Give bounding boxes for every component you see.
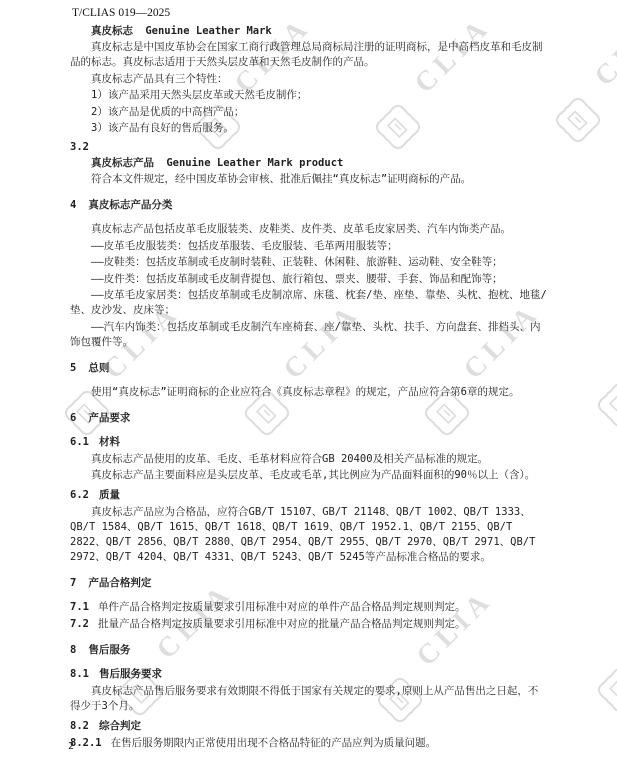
term-heading: 真皮标志 Genuine Leather Mark: [70, 24, 548, 39]
leather-hide-logo-icon: [586, 371, 617, 439]
subsection-number: 8.2: [70, 720, 89, 732]
term-heading: 真皮标志产品 Genuine Leather Mark product: [70, 156, 548, 171]
paragraph: 真皮标志产品主要面料应是头层皮革、毛皮或毛革,其比例应为产品面料面积的90％以上…: [70, 468, 548, 483]
paragraph: 使用“真皮标志”证明商标的企业应符合《真皮标志章程》的规定，产品应符合第6章的规…: [70, 385, 548, 400]
term-name-zh: 真皮标志产品: [91, 157, 154, 169]
watermark-text: CLIA: [594, 9, 617, 86]
clause-number: 8.2.1: [70, 737, 102, 749]
section-heading: 6产品要求: [70, 411, 548, 426]
term-definition-paragraph: 真皮标志是中国皮革协会在国家工商行政管理总局商标局注册的证明商标，是中高档皮革和…: [70, 40, 548, 70]
subsection-title: 质量: [99, 489, 120, 501]
term-name-en: Genuine Leather Mark product: [166, 157, 343, 169]
clause-number: 3.2: [70, 140, 548, 155]
clause-text: 在售后服务期限内正常使用出现不合格品特征的产品应判为质量问题。: [111, 737, 437, 749]
paragraph: 真皮标志产品使用的皮革、毛皮、毛革材料应符合GB 20400及相关产品标准的规定…: [70, 452, 548, 467]
term-name-en: Genuine Leather Mark: [145, 25, 271, 37]
subsection-title: 售后服务要求: [99, 668, 162, 680]
section-title: 真皮标志产品分类: [88, 199, 172, 211]
term-name-zh: 真皮标志: [91, 25, 133, 37]
subsection-number: 6.1: [70, 436, 89, 448]
subsection-heading: 6.2质量: [70, 488, 548, 503]
term-definition-paragraph: 符合本文件规定，经中国皮革协会审核、批准后佩挂“真皮标志”证明商标的产品。: [70, 172, 548, 187]
feature-item: 2）该产品是优质的中高档产品；: [70, 105, 548, 120]
dash-list-item: ——皮鞋类：包括皮革制或毛皮制时装鞋、正装鞋、休闲鞋、旅游鞋、运动鞋、安全鞋等；: [70, 255, 548, 270]
section-heading: 5总则: [70, 361, 548, 376]
leather-hide-logo-icon: [586, 656, 617, 724]
dash-list-item: ——汽车内饰类：包括皮革制或毛皮制汽车座椅套、座/靠垫、头枕、扶手、方向盘套、排…: [70, 320, 548, 350]
subsection-heading: 8.2综合判定: [70, 719, 548, 734]
document-page: CLIA CLIA CLIA CLIA CLIA CLIA CLIA CLIA: [0, 0, 617, 760]
section-heading: 4真皮标志产品分类: [70, 198, 548, 213]
clause-number: 7.1: [70, 601, 89, 613]
subsection-title: 材料: [99, 436, 120, 448]
section-number: 8: [70, 644, 76, 656]
feature-item: 3）该产品有良好的售后服务。: [70, 121, 548, 136]
page-number: 2: [68, 739, 74, 754]
leather-hide-logo-icon: [544, 86, 612, 154]
section-number: 5: [70, 362, 76, 374]
dash-list-item: ——皮革毛皮家居类：包括皮革制或毛皮制凉席、床毯、枕套/垫、座垫、靠垫、头枕、抱…: [70, 288, 548, 318]
section-number: 6: [70, 412, 76, 424]
paragraph: 真皮标志产品售后服务要求有效期限不得低于国家有关规定的要求,原则上从产品售出之日…: [70, 684, 548, 714]
paragraph: 真皮标志产品包括皮革毛皮服装类、皮鞋类、皮件类、皮革毛皮家居类、汽车内饰类产品。: [70, 222, 548, 237]
dash-list-item: ——皮件类：包括皮革制或毛皮制背提包、旅行箱包、票夹、腰带、手套、饰品和配饰等；: [70, 272, 548, 287]
section-number: 7: [70, 577, 76, 589]
section-title: 总则: [88, 362, 109, 374]
clause-number: 7.2: [70, 618, 89, 630]
numbered-clause: 7.2批量产品合格判定按质量要求引用标准中对应的批量产品合格品判定规则判定。: [70, 617, 548, 632]
section-title: 售后服务: [88, 644, 130, 656]
subsection-heading: 6.1材料: [70, 435, 548, 450]
subsection-number: 8.1: [70, 668, 89, 680]
section-title: 产品要求: [88, 412, 130, 424]
document-body: 真皮标志 Genuine Leather Mark 真皮标志是中国皮革协会在国家…: [70, 24, 548, 752]
section-title: 产品合格判定: [88, 577, 151, 589]
subsection-number: 6.2: [70, 489, 89, 501]
subsection-heading: 8.1售后服务要求: [70, 667, 548, 682]
section-number: 4: [70, 199, 76, 211]
section-heading: 8售后服务: [70, 643, 548, 658]
numbered-clause: 8.2.1在售后服务期限内正常使用出现不合格品特征的产品应判为质量问题。: [70, 736, 548, 751]
section-heading: 7产品合格判定: [70, 576, 548, 591]
dash-list-item: ——皮革毛皮服装类：包括皮革服装、毛皮服装、毛革两用服装等；: [70, 239, 548, 254]
paragraph: 真皮标志产品应为合格品，应符合GB/T 15107、GB/T 21148、QB/…: [70, 505, 548, 565]
clause-text: 批量产品合格判定按质量要求引用标准中对应的批量产品合格品判定规则判定。: [98, 618, 466, 630]
term-definition-paragraph: 真皮标志产品具有三个特性：: [70, 72, 548, 87]
numbered-clause: 7.1单件产品合格判定按质量要求引用标准中对应的单件产品合格品判定规则判定。: [70, 600, 548, 615]
feature-item: 1）该产品采用天然头层皮革或天然毛皮制作；: [70, 88, 548, 103]
clause-text: 单件产品合格判定按质量要求引用标准中对应的单件产品合格品判定规则判定。: [98, 601, 466, 613]
subsection-title: 综合判定: [99, 720, 141, 732]
standard-code-header: T/CLIAS 019—2025: [72, 6, 170, 21]
